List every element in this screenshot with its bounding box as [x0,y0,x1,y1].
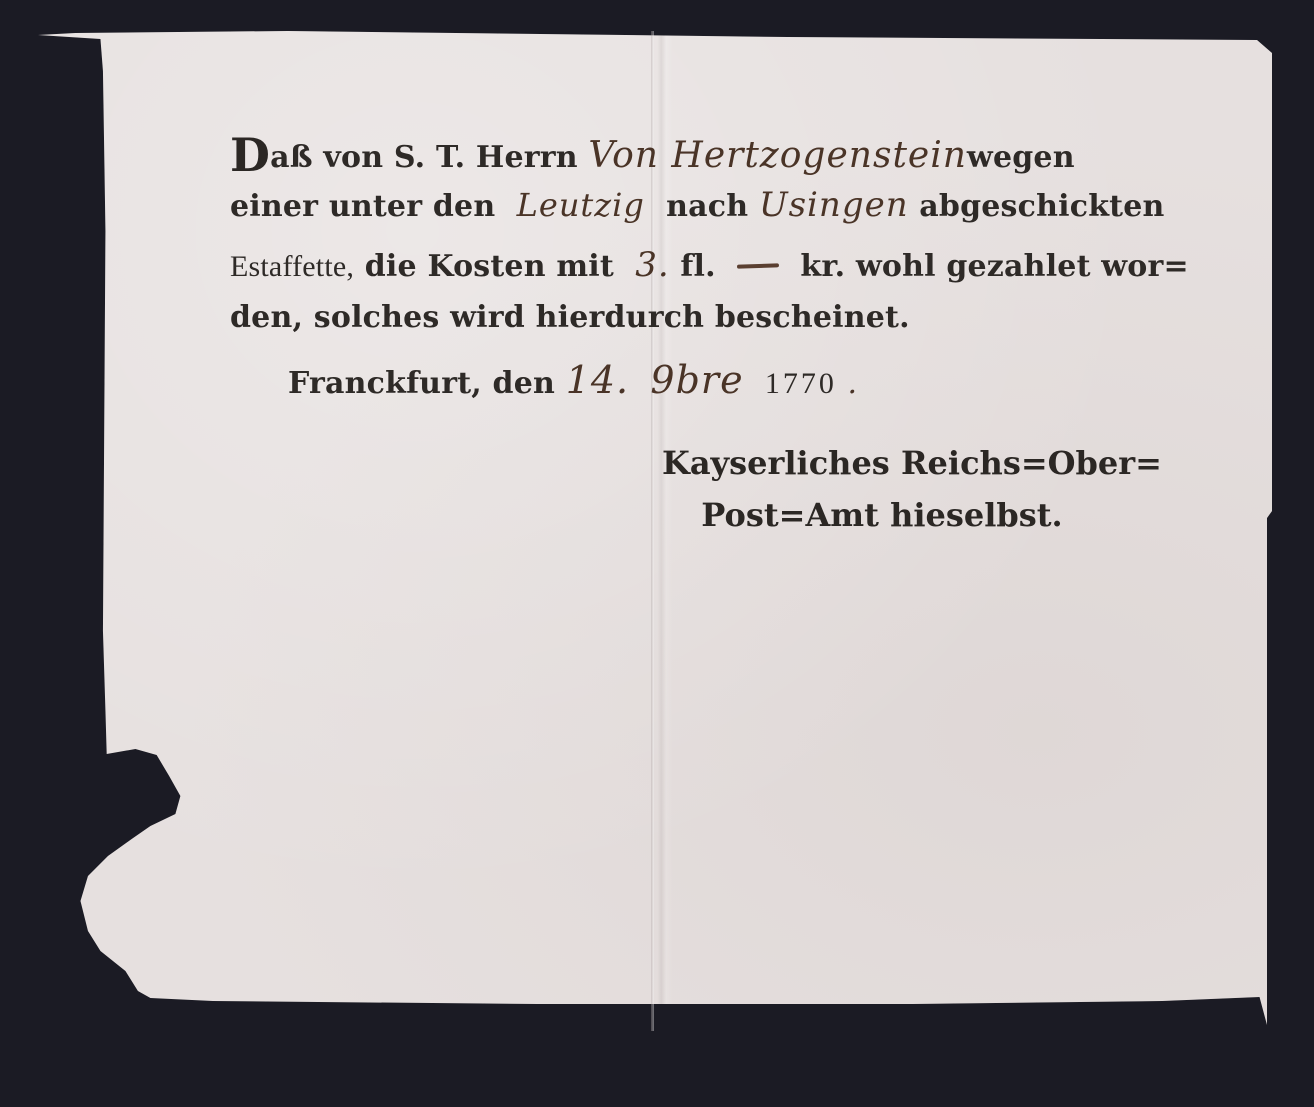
printed-text: wegen [967,140,1075,175]
printed-text: fl. [680,249,715,284]
printed-text: nach [666,189,748,224]
handwritten-name: Von Hertzogenstein [588,135,967,176]
printed-text: aß von S. T. Herrn [270,140,578,175]
printed-text: kr. wohl gezahlet wor= [800,249,1189,284]
text-line-4: den, solches wird hierdurch bescheinet. [230,300,910,335]
text-line-1: Daß von S. T. Herrn Von Hertzogensteinwe… [230,128,1075,182]
printed-text: abgeschickten [919,189,1164,224]
handwritten-destination: Usingen [759,185,909,225]
handwritten-text: Leutzig [517,186,645,224]
year: 1770 [765,367,837,400]
decorative-initial: D [230,128,270,182]
printed-text: Estaffette, [230,250,354,283]
date-line: Franckfurt, den 14. 9bre 1770 . [288,358,858,402]
signature-line-1: Kayserliches Reichs=Ober= [662,444,1102,482]
handwritten-dash-kreuzer [737,263,779,268]
printed-text: den, solches wird hierdurch bescheinet. [230,300,910,335]
printed-place: Franckfurt, den [288,366,555,401]
handwritten-month: 9bre [650,358,743,402]
handwritten-day: 14. [566,358,629,402]
printed-text: die Kosten mit [365,249,614,284]
period: . [848,366,859,401]
printed-text: einer unter den [230,189,495,224]
signature-line-2: Post=Amt hieselbst. [662,496,1102,534]
handwritten-amount-florins: 3. [635,245,669,285]
text-line-3: Estaffette, die Kosten mit 3. fl. kr. wo… [230,245,1189,285]
text-line-2: einer unter den Leutzig nach Usingen abg… [230,185,1165,225]
